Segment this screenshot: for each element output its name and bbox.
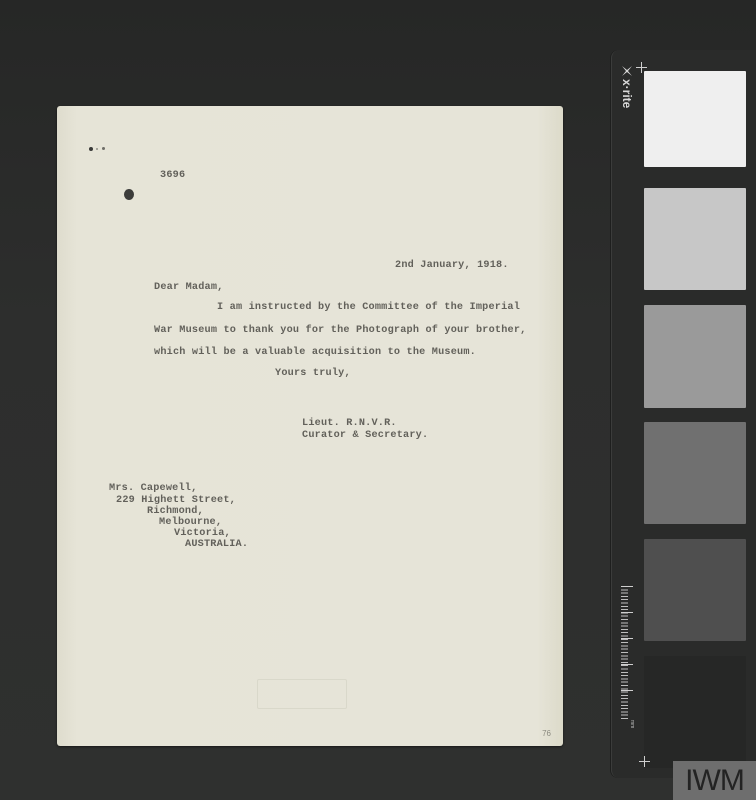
xrite-logo: x·rite bbox=[616, 66, 638, 126]
swatch-mid-gray bbox=[644, 305, 746, 408]
closing: Yours truly, bbox=[275, 368, 351, 379]
address-line: AUSTRALIA. bbox=[185, 539, 248, 550]
crosshair-icon bbox=[639, 756, 650, 767]
body-line: which will be a valuable acquisition to … bbox=[154, 347, 476, 358]
xrite-brand-text: x·rite bbox=[620, 79, 634, 108]
page-number: 76 bbox=[542, 729, 551, 738]
address-line: Melbourne, bbox=[159, 517, 222, 528]
signature-rank: Lieut. R.N.V.R. bbox=[302, 418, 397, 429]
letter-date: 2nd January, 1918. bbox=[395, 260, 509, 271]
signature-title: Curator & Secretary. bbox=[302, 430, 428, 441]
mm-ruler-major-ticks bbox=[621, 586, 633, 716]
color-checker-card: x·rite mm bbox=[611, 50, 756, 778]
faint-stamp-mark bbox=[257, 679, 347, 709]
punch-hole-mark bbox=[102, 147, 105, 150]
reference-number: 3696 bbox=[160, 170, 185, 181]
swatch-light-gray bbox=[644, 188, 746, 290]
body-line: War Museum to thank you for the Photogra… bbox=[154, 325, 527, 336]
address-line: Victoria, bbox=[174, 528, 231, 539]
swatch-dark-gray bbox=[644, 422, 746, 524]
xrite-logo-icon bbox=[622, 66, 632, 76]
body-line: I am instructed by the Committee of the … bbox=[217, 302, 520, 313]
swatch-black bbox=[644, 656, 746, 768]
salutation: Dear Madam, bbox=[154, 282, 223, 293]
ink-blot bbox=[124, 189, 134, 200]
punch-hole-mark bbox=[89, 147, 93, 151]
punch-hole-mark bbox=[96, 148, 98, 150]
address-line: Mrs. Capewell, bbox=[109, 483, 197, 494]
letter-page: 3696 2nd January, 1918. Dear Madam, I am… bbox=[57, 106, 563, 746]
ruler-unit-label: mm bbox=[629, 720, 635, 728]
address-line: Richmond, bbox=[147, 506, 204, 517]
address-line: 229 Highett Street, bbox=[116, 495, 236, 506]
swatch-darker-gray bbox=[644, 539, 746, 641]
swatch-white bbox=[644, 71, 746, 167]
iwm-watermark: IWM bbox=[673, 761, 756, 800]
